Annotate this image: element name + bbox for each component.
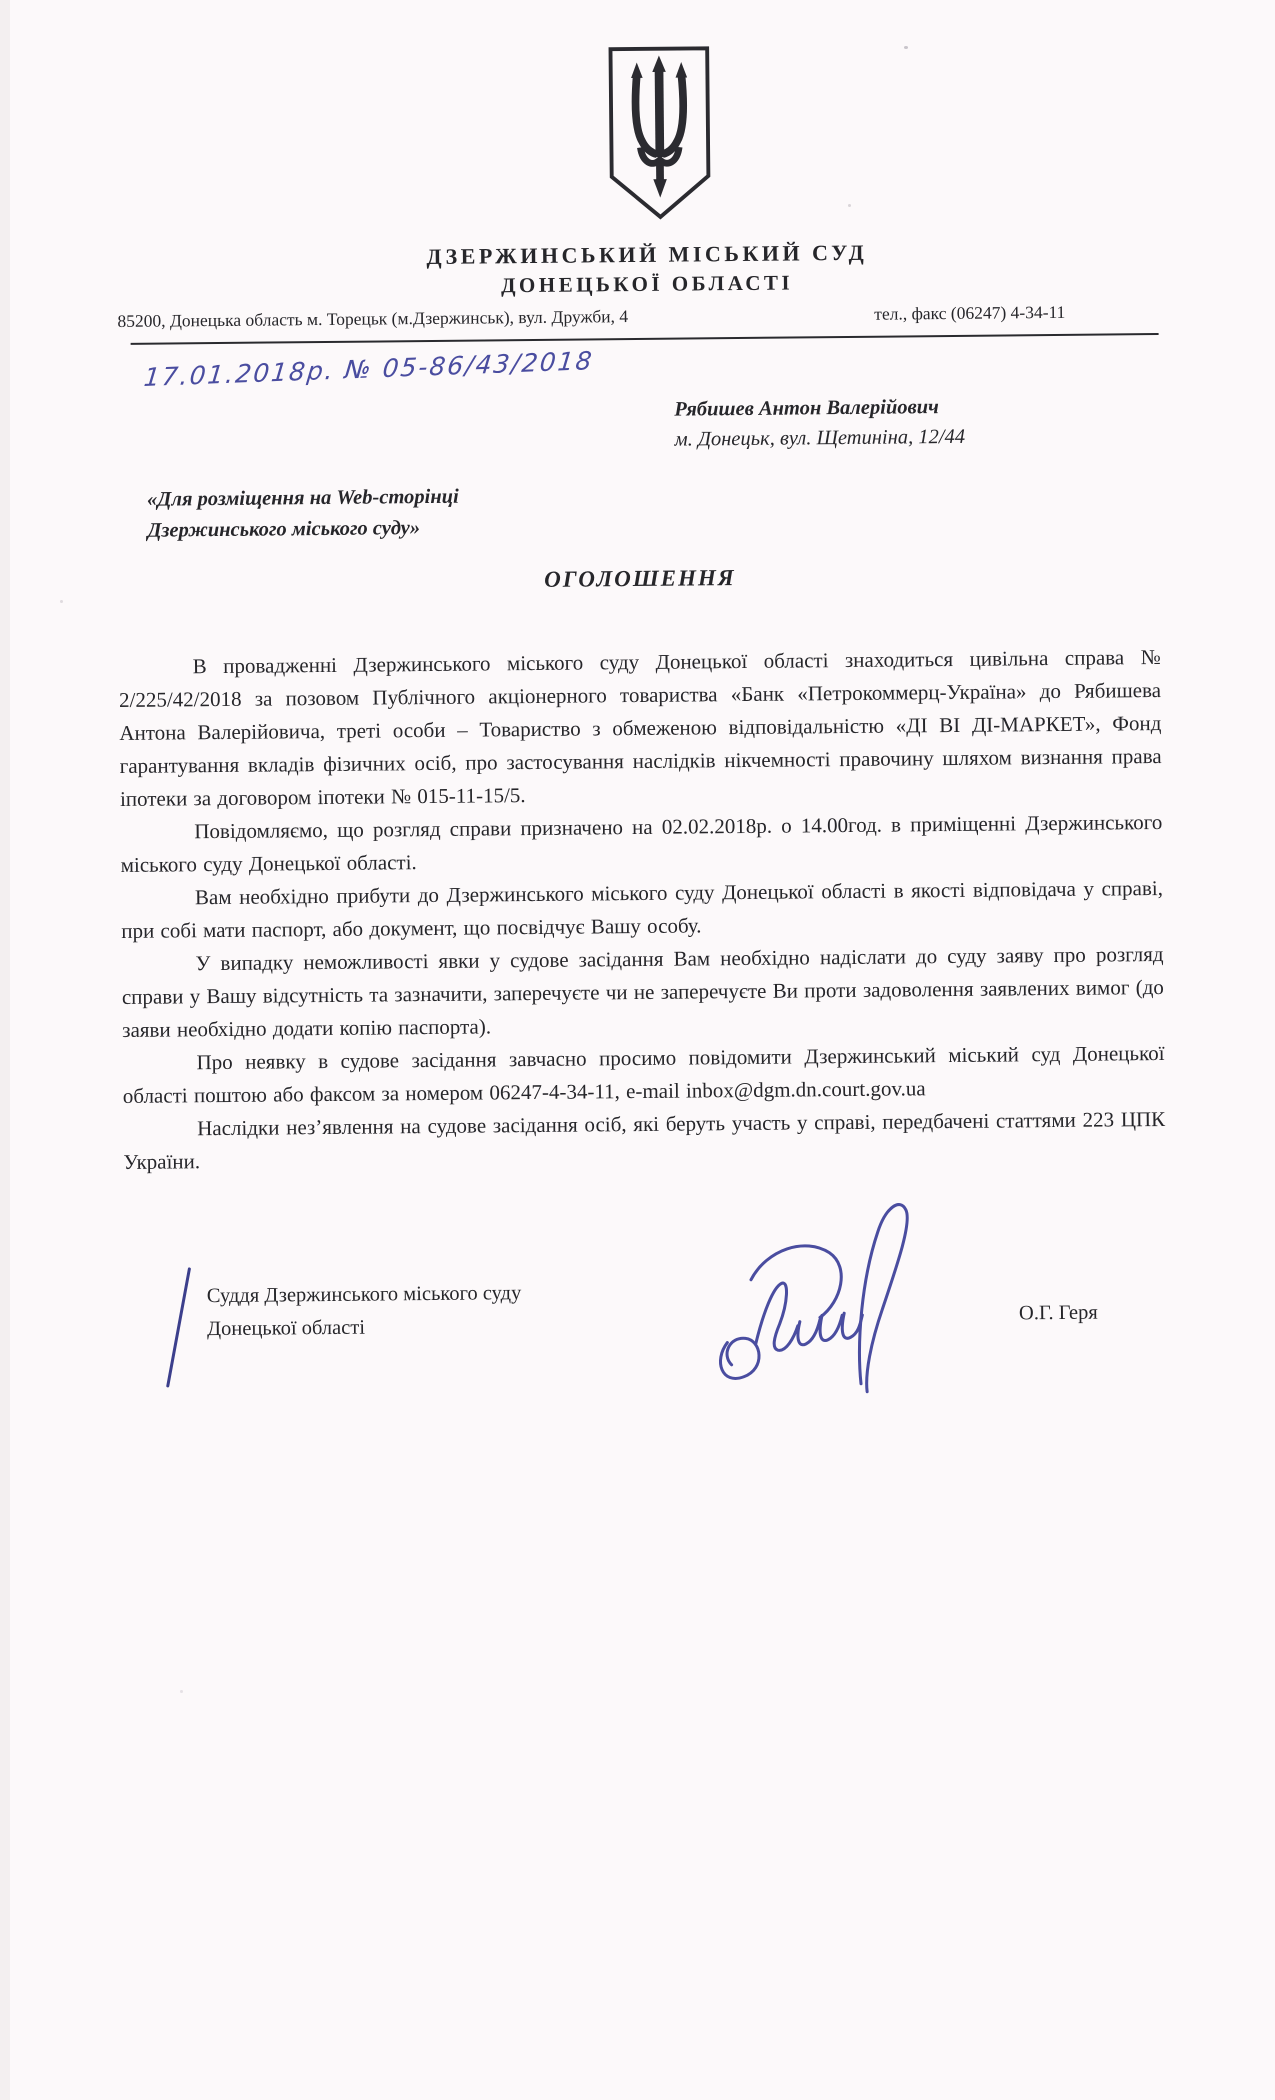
court-address: 85200, Донецька область м. Торецьк (м.Дз… — [117, 306, 628, 332]
ukraine-trident-coat-of-arms-icon — [601, 39, 719, 230]
announcement-paragraph: Повідомляємо, що розгляд справи призначе… — [120, 806, 1163, 882]
header-divider-rule — [131, 333, 1159, 345]
web-posting-note: «Для розміщення на Web-сторінці Дзержинс… — [147, 482, 459, 546]
paper-sheet: ДЗЕРЖИНСЬКИЙ МІСЬКИЙ СУД ДОНЕЦЬКОЇ ОБЛАС… — [0, 0, 1275, 2100]
recipient-address: м. Донецьк, вул. Щетиніна, 12/44 — [674, 423, 965, 456]
document-title: ОГОЛОШЕННЯ — [120, 561, 1160, 597]
judge-title-line2: Донецької області — [207, 1310, 522, 1346]
pen-slash-mark — [166, 1267, 191, 1388]
announcement-paragraph: В провадженні Дзержинського міського суд… — [119, 641, 1163, 816]
announcement-paragraph: У випадку неможливості явки у судове зас… — [121, 938, 1164, 1047]
recipient-block: Рябишев Антон Валерійович м. Донецьк, ву… — [674, 393, 965, 455]
handwritten-reference-number: 17.01.2018р. № 05-86/43/2018 — [143, 346, 595, 392]
judge-title-line1: Суддя Дзержинського міського суду — [207, 1277, 522, 1313]
web-posting-note-line2: Дзержинського міського суду» — [147, 512, 459, 546]
scanned-court-letter: { "colors": { "paper": "#fcf9fa", "text_… — [0, 0, 1275, 2100]
announcement-paragraph: Вам необхідно прибути до Дзержинського м… — [121, 872, 1164, 948]
court-name-line2: ДОНЕЦЬКОЇ ОБЛАСТІ — [117, 267, 1177, 302]
web-posting-note-line1: «Для розміщення на Web-сторінці — [147, 482, 459, 516]
document-content: ДЗЕРЖИНСЬКИЙ МІСЬКИЙ СУД ДОНЕЦЬКОЇ ОБЛАС… — [0, 0, 1275, 2100]
court-contact-row: 85200, Донецька область м. Торецьк (м.Дз… — [117, 302, 1065, 332]
announcement-paragraph: Наслідки нез’явлення на судове засідання… — [123, 1103, 1166, 1179]
court-phone-fax: тел., факс (06247) 4-34-11 — [874, 302, 1065, 325]
announcement-body: В провадженні Дзержинського міського суд… — [119, 641, 1166, 1179]
recipient-name: Рябишев Антон Валерійович — [674, 393, 965, 426]
announcement-paragraph: Про неявку в судове засідання завчасно п… — [122, 1037, 1165, 1113]
handwritten-signature — [704, 1189, 942, 1403]
judge-title-block: Суддя Дзержинського міського суду Донець… — [207, 1277, 522, 1346]
judge-name: О.Г. Геря — [1019, 1302, 1098, 1326]
